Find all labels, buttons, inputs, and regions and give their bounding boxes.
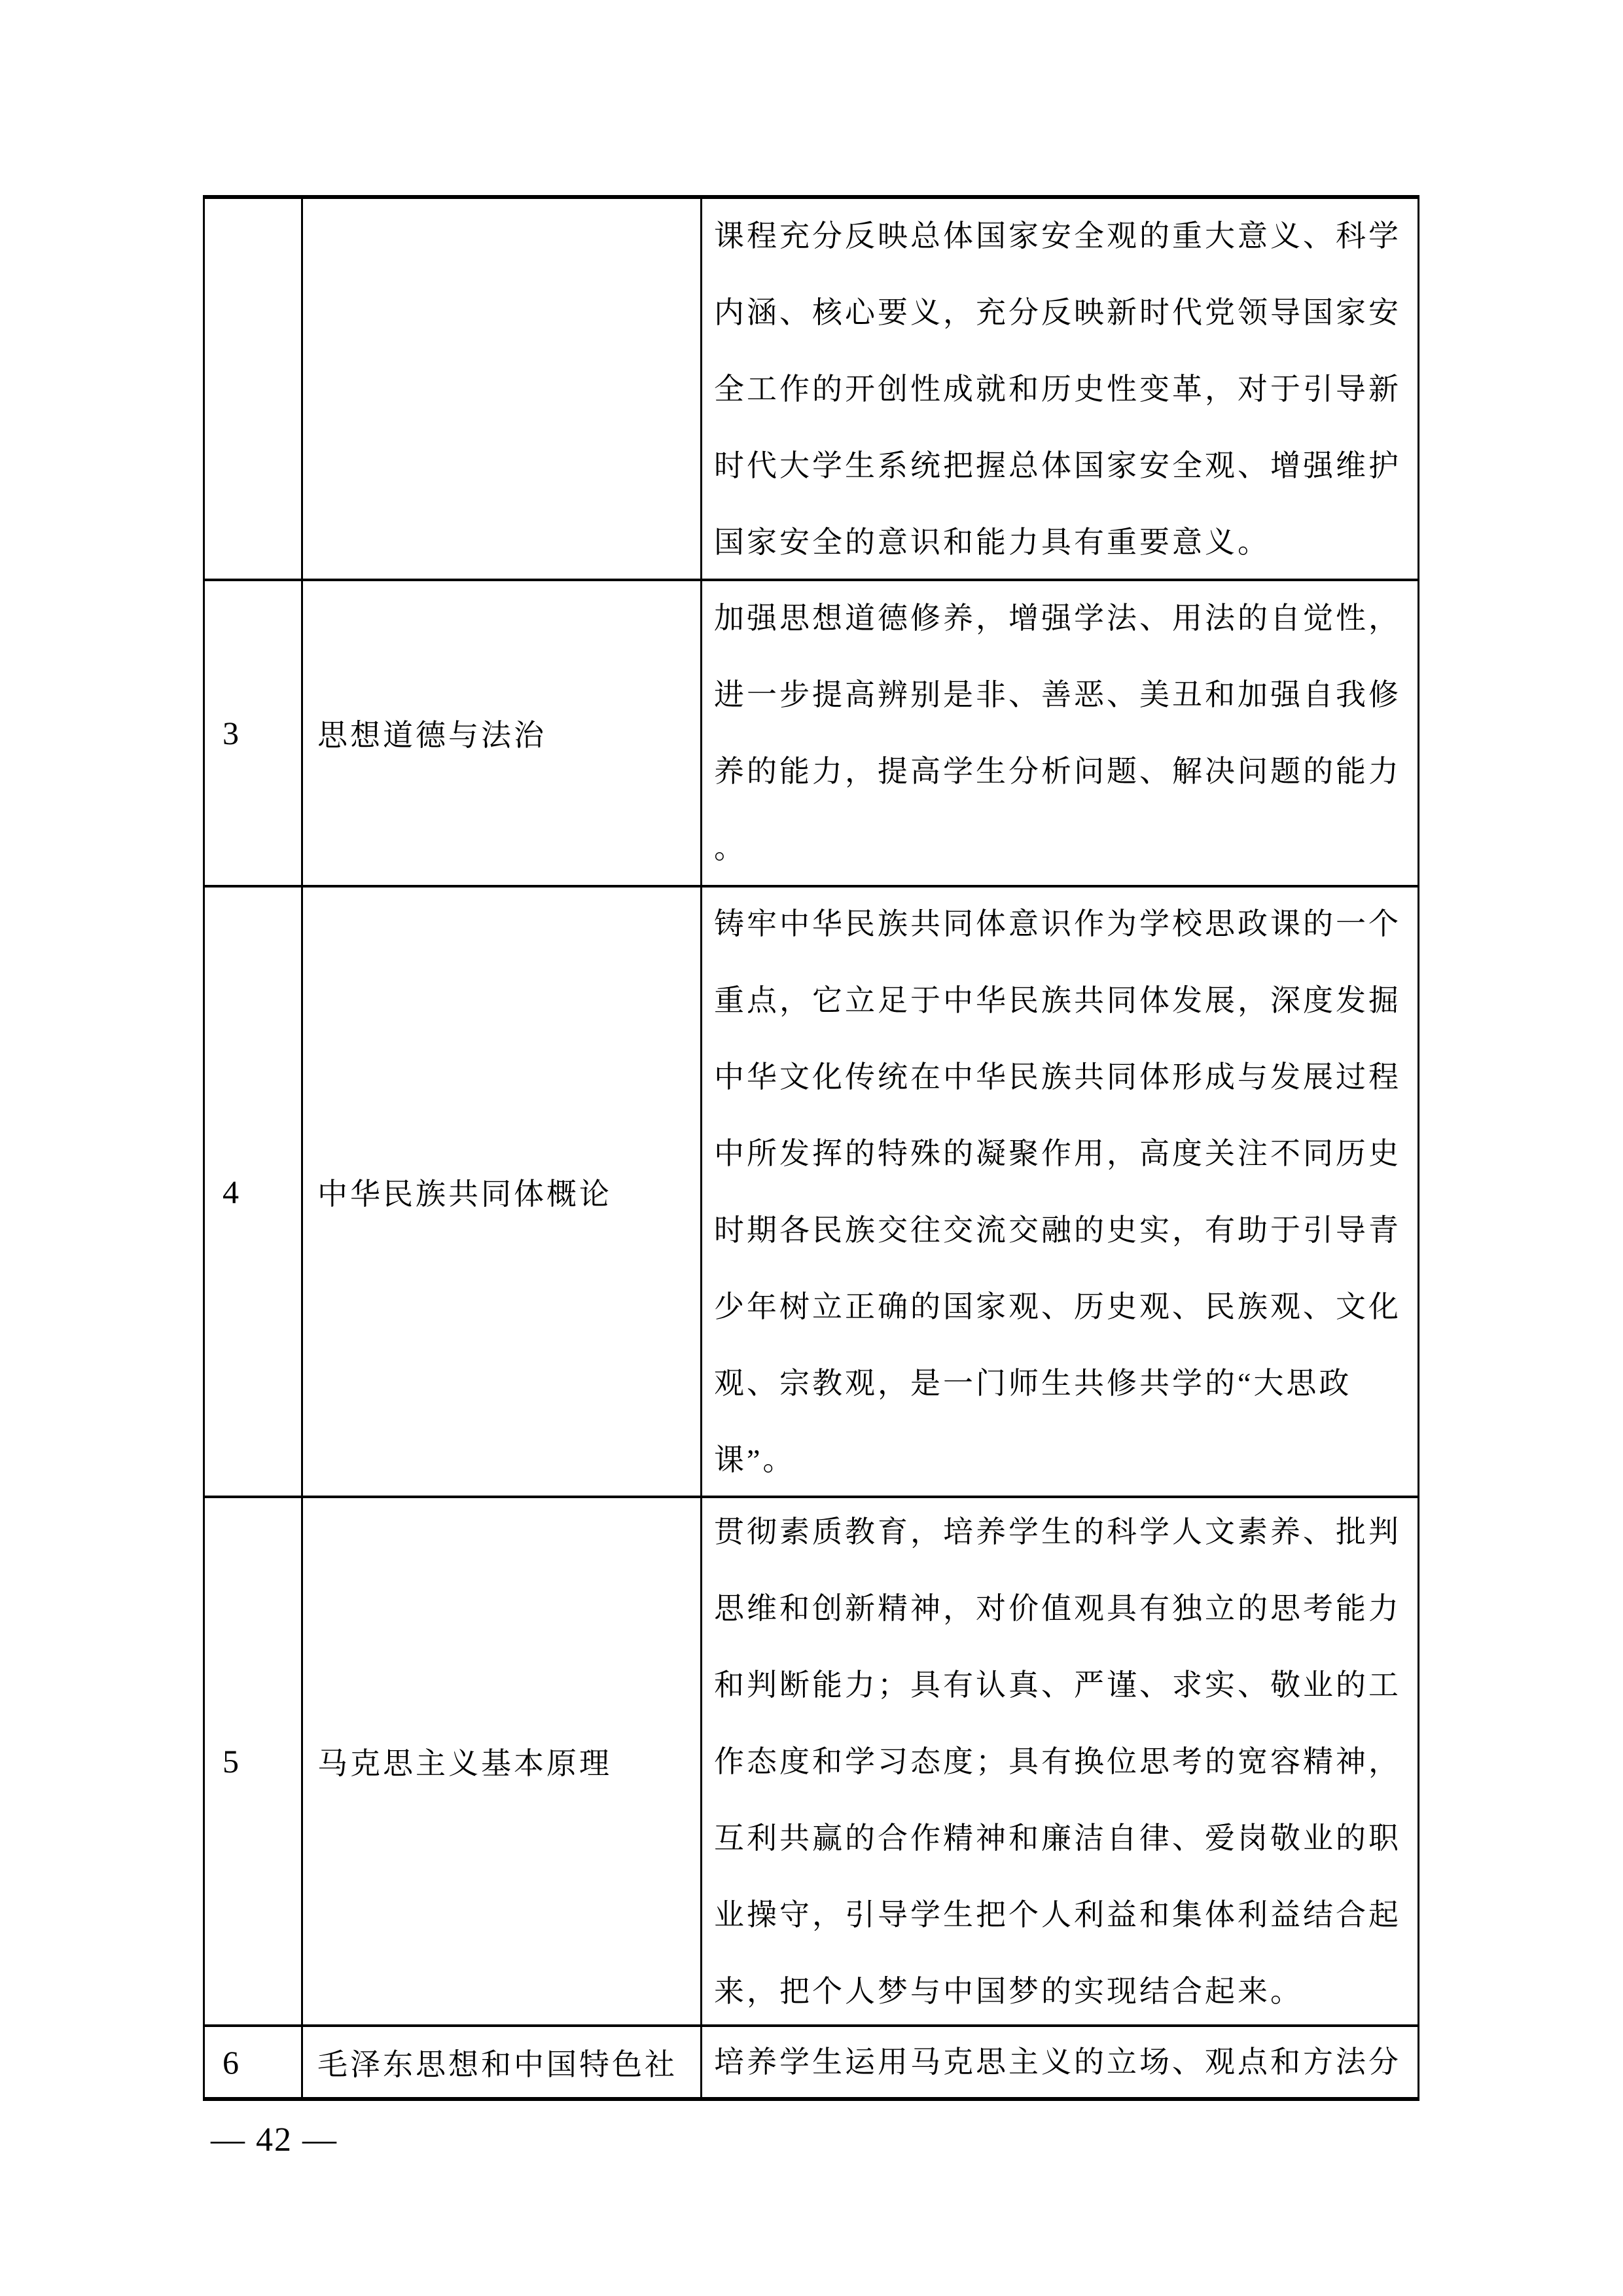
table-row: 课程充分反映总体国家安全观的重大意义、科学内涵、核心要义，充分反映新时代党领导国… [205, 199, 1418, 579]
desc-line: 少年树立正确的国家观、历史观、民族观、文化 [714, 1268, 1418, 1345]
row-number: 3 [223, 714, 239, 752]
desc-line: 时期各民族交往交流交融的史实，有助于引导青 [714, 1192, 1418, 1268]
course-name-cell: 思想道德与法治 [303, 581, 702, 885]
table-row: 3思想道德与法治加强思想道德修养，增强学法、用法的自觉性，进一步提高辨别是非、善… [205, 579, 1418, 885]
desc-line: 观、宗教观，是一门师生共修共学的“大思政 [714, 1345, 1418, 1422]
row-number: 5 [223, 1742, 239, 1780]
desc-line: 内涵、核心要义，充分反映新时代党领导国家安 [714, 274, 1418, 351]
course-table: 课程充分反映总体国家安全观的重大意义、科学内涵、核心要义，充分反映新时代党领导国… [203, 195, 1419, 2101]
row-number-cell: 3 [205, 581, 303, 885]
row-number-cell: 4 [205, 888, 303, 1496]
desc-line: 业操守，引导学生把个人利益和集体利益结合起 [714, 1876, 1418, 1953]
course-name: 思想道德与法治 [317, 711, 546, 755]
row-number: 6 [223, 2043, 239, 2081]
desc-line: 时代大学生系统把握总体国家安全观、增强维护 [714, 427, 1418, 504]
row-number-cell: 6 [205, 2027, 303, 2097]
table-row: 5马克思主义基本原理贯彻素质教育，培养学生的科学人文素养、批判思维和创新精神，对… [205, 1496, 1418, 2024]
document-page: 课程充分反映总体国家安全观的重大意义、科学内涵、核心要义，充分反映新时代党领导国… [0, 0, 1623, 2296]
desc-line: 中所发挥的特殊的凝聚作用，高度关注不同历史 [714, 1115, 1418, 1192]
course-name-cell: 马克思主义基本原理 [303, 1498, 702, 2024]
desc-line: 思维和创新精神，对价值观具有独立的思考能力 [714, 1570, 1418, 1647]
desc-line: 中华文化传统在中华民族共同体形成与发展过程 [714, 1039, 1418, 1115]
desc-line: 铸牢中华民族共同体意识作为学校思政课的一个 [714, 888, 1418, 962]
desc-line: 养的能力，提高学生分析问题、解决问题的能力 [714, 733, 1418, 810]
course-name: 马克思主义基本原理 [317, 1740, 612, 1783]
desc-line: 国家安全的意识和能力具有重要意义。 [714, 504, 1418, 579]
course-description-cell: 铸牢中华民族共同体意识作为学校思政课的一个重点，它立足于中华民族共同体发展，深度… [702, 888, 1418, 1496]
course-name-cell: 中华民族共同体概论 [303, 888, 702, 1496]
desc-line: 。 [714, 810, 1418, 885]
course-name-cell [303, 199, 702, 579]
table-row: 6毛泽东思想和中国特色社培养学生运用马克思主义的立场、观点和方法分 [205, 2024, 1418, 2097]
course-name: 毛泽东思想和中国特色社 [317, 2041, 677, 2084]
row-number-cell: 5 [205, 1498, 303, 2024]
desc-line: 全工作的开创性成就和历史性变革，对于引导新 [714, 351, 1418, 427]
course-description-cell: 课程充分反映总体国家安全观的重大意义、科学内涵、核心要义，充分反映新时代党领导国… [702, 199, 1418, 579]
table-row: 4中华民族共同体概论铸牢中华民族共同体意识作为学校思政课的一个重点，它立足于中华… [205, 885, 1418, 1496]
course-description-cell: 培养学生运用马克思主义的立场、观点和方法分 [702, 2027, 1418, 2097]
desc-line: 培养学生运用马克思主义的立场、观点和方法分 [714, 2027, 1418, 2097]
desc-line: 重点，它立足于中华民族共同体发展，深度发掘 [714, 962, 1418, 1039]
desc-line: 课程充分反映总体国家安全观的重大意义、科学 [714, 199, 1418, 274]
course-description-cell: 贯彻素质教育，培养学生的科学人文素养、批判思维和创新精神，对价值观具有独立的思考… [702, 1498, 1418, 2024]
desc-line: 进一步提高辨别是非、善恶、美丑和加强自我修 [714, 656, 1418, 733]
desc-line: 和判断能力；具有认真、严谨、求实、敬业的工 [714, 1647, 1418, 1723]
desc-line: 作态度和学习态度；具有换位思考的宽容精神， [714, 1723, 1418, 1800]
page-number: — 42 — [211, 2121, 338, 2159]
course-description-cell: 加强思想道德修养，增强学法、用法的自觉性，进一步提高辨别是非、善恶、美丑和加强自… [702, 581, 1418, 885]
course-name-cell: 毛泽东思想和中国特色社 [303, 2027, 702, 2097]
desc-line: 互利共赢的合作精神和廉洁自律、爱岗敬业的职 [714, 1800, 1418, 1876]
row-number: 4 [223, 1173, 239, 1211]
row-number-cell [205, 199, 303, 579]
course-name: 中华民族共同体概论 [317, 1170, 612, 1213]
desc-line: 加强思想道德修养，增强学法、用法的自觉性， [714, 581, 1418, 656]
desc-line: 来，把个人梦与中国梦的实现结合起来。 [714, 1953, 1418, 2025]
desc-line: 贯彻素质教育，培养学生的科学人文素养、批判 [714, 1498, 1418, 1570]
desc-line: 课”。 [714, 1422, 1418, 1496]
